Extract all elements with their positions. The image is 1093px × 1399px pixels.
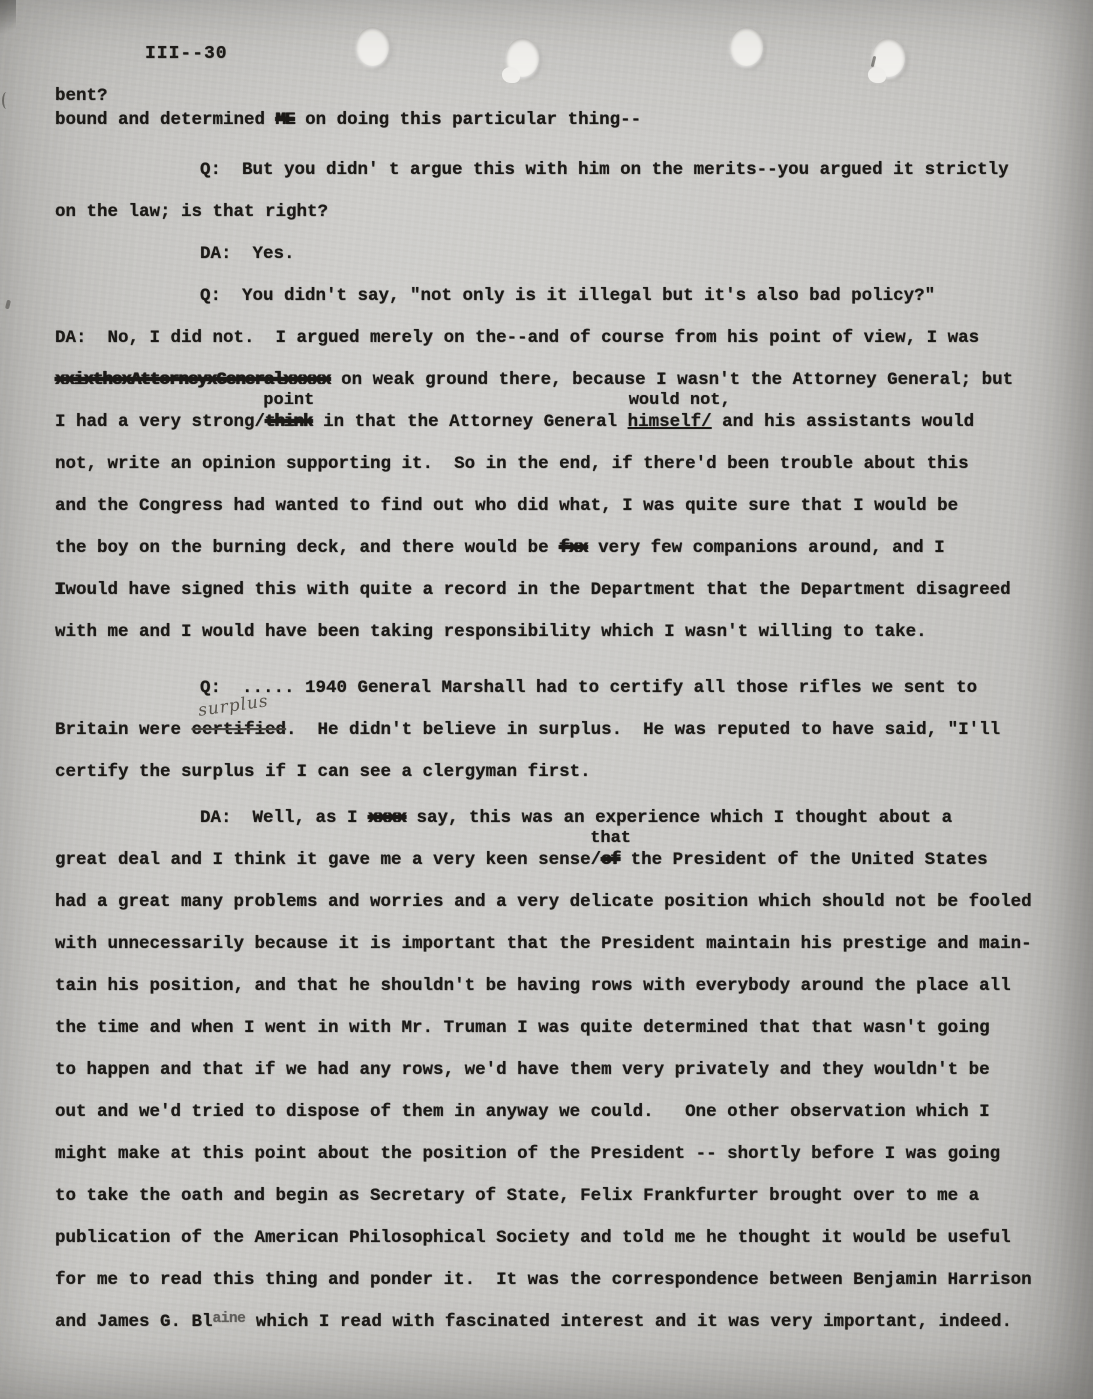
typed-line: bent? <box>55 86 1032 110</box>
text-run: bent? <box>55 86 108 106</box>
text-run: tain his position, and that he shouldn't… <box>55 976 1011 996</box>
typed-line-answer: DA: No, I did not. I argued merely on th… <box>55 328 1032 370</box>
text-run: and the Congress had wanted to find out … <box>55 496 958 516</box>
text-run: say, this was an experience which I thou… <box>406 808 952 828</box>
scan-smudge <box>0 0 16 44</box>
typed-line-question: Q: But you didn' t argue this with him o… <box>55 160 1032 202</box>
struck-word: think <box>265 412 313 432</box>
text-run: DA: Yes. <box>200 244 295 264</box>
typed-line: to take the oath and begin as Secretary … <box>55 1186 1032 1228</box>
struck-word: of <box>601 850 620 870</box>
text-run: very few companions around, and I <box>588 538 945 558</box>
typed-line: bound and determined ME on doing this pa… <box>55 110 1032 152</box>
text-run: Britain were <box>55 720 192 740</box>
struck-out-text: xxixthexAttorneyxGeneralxxxxx <box>55 370 331 390</box>
text-run: Q: But you didn' t argue this with him o… <box>200 160 1009 180</box>
typed-line: and the Congress had wanted to find out … <box>55 496 1032 538</box>
text-run: which I read with fascinated interest an… <box>245 1312 1012 1332</box>
correction: thatof <box>601 850 620 870</box>
text-run: and his assistants would <box>712 412 975 432</box>
typed-line: out and we'd tried to dispose of them in… <box>55 1102 1032 1144</box>
text-run: with unnecessarily because it is importa… <box>55 934 1032 954</box>
typed-line-question: Q: You didn't say, "not only is it illeg… <box>55 286 1032 328</box>
insertion-point: himself/ <box>628 412 712 432</box>
typed-line: and James G. Blaine which I read with fa… <box>55 1312 1032 1354</box>
text-run: DA: Well, as I <box>200 808 368 828</box>
inserted-word: would not, <box>629 391 731 410</box>
typed-line: xxixthexAttorneyxGeneralxxxxx on weak gr… <box>55 370 1032 412</box>
text-run: to take the oath and begin as Secretary … <box>55 1186 979 1206</box>
correction: surpluscertified <box>192 720 287 740</box>
typed-line: the time and when I went in with Mr. Tru… <box>55 1018 1032 1060</box>
margin-mark <box>2 92 11 109</box>
typed-line: Britain were surpluscertified. He didn't… <box>55 720 1032 762</box>
typed-line: for me to read this thing and ponder it.… <box>55 1270 1032 1312</box>
text-run: with me and I would have been taking res… <box>55 622 927 642</box>
document-page: III--30 bent? bound and determined ME on… <box>0 0 1093 1399</box>
text-run: . He didn't believe in surplus. He was r… <box>286 720 1000 740</box>
typed-line-answer: DA: Yes. <box>55 244 1032 286</box>
punch-hole <box>730 27 763 66</box>
faint-typed-correction: aine <box>213 1311 246 1327</box>
typed-line: I had a very strong/pointthink in that t… <box>55 412 1032 454</box>
typed-line: Iwould have signed this with quite a rec… <box>55 580 1032 622</box>
text-run: would have signed this with quite a reco… <box>66 580 1011 600</box>
text-run: on doing this particular thing-- <box>295 110 642 130</box>
text-run: to happen and that if we had any rows, w… <box>55 1060 990 1080</box>
page-number: III--30 <box>145 44 228 64</box>
typed-line: with me and I would have been taking res… <box>55 622 1032 664</box>
correction: would not,himself/ <box>628 412 712 432</box>
text-run: for me to read this thing and ponder it.… <box>55 1270 1032 1290</box>
struck-word: fxx <box>559 538 588 558</box>
text-run: and James G. Bl <box>55 1312 213 1332</box>
typed-line: had a great many problems and worries an… <box>55 892 1032 934</box>
typed-line: the boy on the burning deck, and there w… <box>55 538 1032 580</box>
text-run: certify the surplus if I can see a clerg… <box>55 762 591 782</box>
margin-mark <box>5 300 11 310</box>
typed-line: not, write an opinion supporting it. So … <box>55 454 1032 496</box>
typed-line: might make at this point about the posit… <box>55 1144 1032 1186</box>
typed-line: on the law; is that right? <box>55 202 1032 244</box>
punch-hole <box>872 38 905 77</box>
text-run: the boy on the burning deck, and there w… <box>55 538 559 558</box>
text-run: Q: ..... 1940 General Marshall had to ce… <box>200 678 977 698</box>
text-run: the President of the United States <box>620 850 988 870</box>
text-run: had a great many problems and worries an… <box>55 892 1032 912</box>
text-run: great deal and I think it gave me a very… <box>55 850 601 870</box>
struck-word: certified <box>192 720 287 740</box>
typed-line-answer: DA: Well, as I xxxx say, this was an exp… <box>55 808 1032 850</box>
typed-line: certify the surplus if I can see a clerg… <box>55 762 1032 804</box>
typed-line: great deal and I think it gave me a very… <box>55 850 1032 892</box>
punch-hole <box>506 38 539 77</box>
text-run: in that the Attorney General <box>313 412 628 432</box>
typed-line: to happen and that if we had any rows, w… <box>55 1060 1032 1102</box>
transcript-body: bent? bound and determined ME on doing t… <box>55 86 1032 1354</box>
typed-line: publication of the American Philosophica… <box>55 1228 1032 1270</box>
text-run: not, write an opinion supporting it. So … <box>55 454 969 474</box>
text-run: the time and when I went in with Mr. Tru… <box>55 1018 990 1038</box>
typed-line: with unnecessarily because it is importa… <box>55 934 1032 976</box>
text-run: publication of the American Philosophica… <box>55 1228 1011 1248</box>
inserted-word: point <box>263 391 314 410</box>
text-run: on the law; is that right? <box>55 202 328 222</box>
typed-line: tain his position, and that he shouldn't… <box>55 976 1032 1018</box>
overstruck-letter: I <box>55 580 66 600</box>
struck-word: xxxx <box>368 808 406 828</box>
punch-hole <box>356 27 389 66</box>
text-run: bound and determined <box>55 110 276 130</box>
text-run: might make at this point about the posit… <box>55 1144 1000 1164</box>
struck-word: ME <box>276 110 295 130</box>
text-run: Q: You didn't say, "not only is it illeg… <box>200 286 935 306</box>
correction: pointthink <box>265 412 313 432</box>
text-run: DA: No, I did not. I argued merely on th… <box>55 328 979 348</box>
text-run: out and we'd tried to dispose of them in… <box>55 1102 990 1122</box>
text-run: on weak ground there, because I wasn't t… <box>331 370 1014 390</box>
text-run: I had a very strong/ <box>55 412 265 432</box>
inserted-word: that <box>590 829 631 848</box>
